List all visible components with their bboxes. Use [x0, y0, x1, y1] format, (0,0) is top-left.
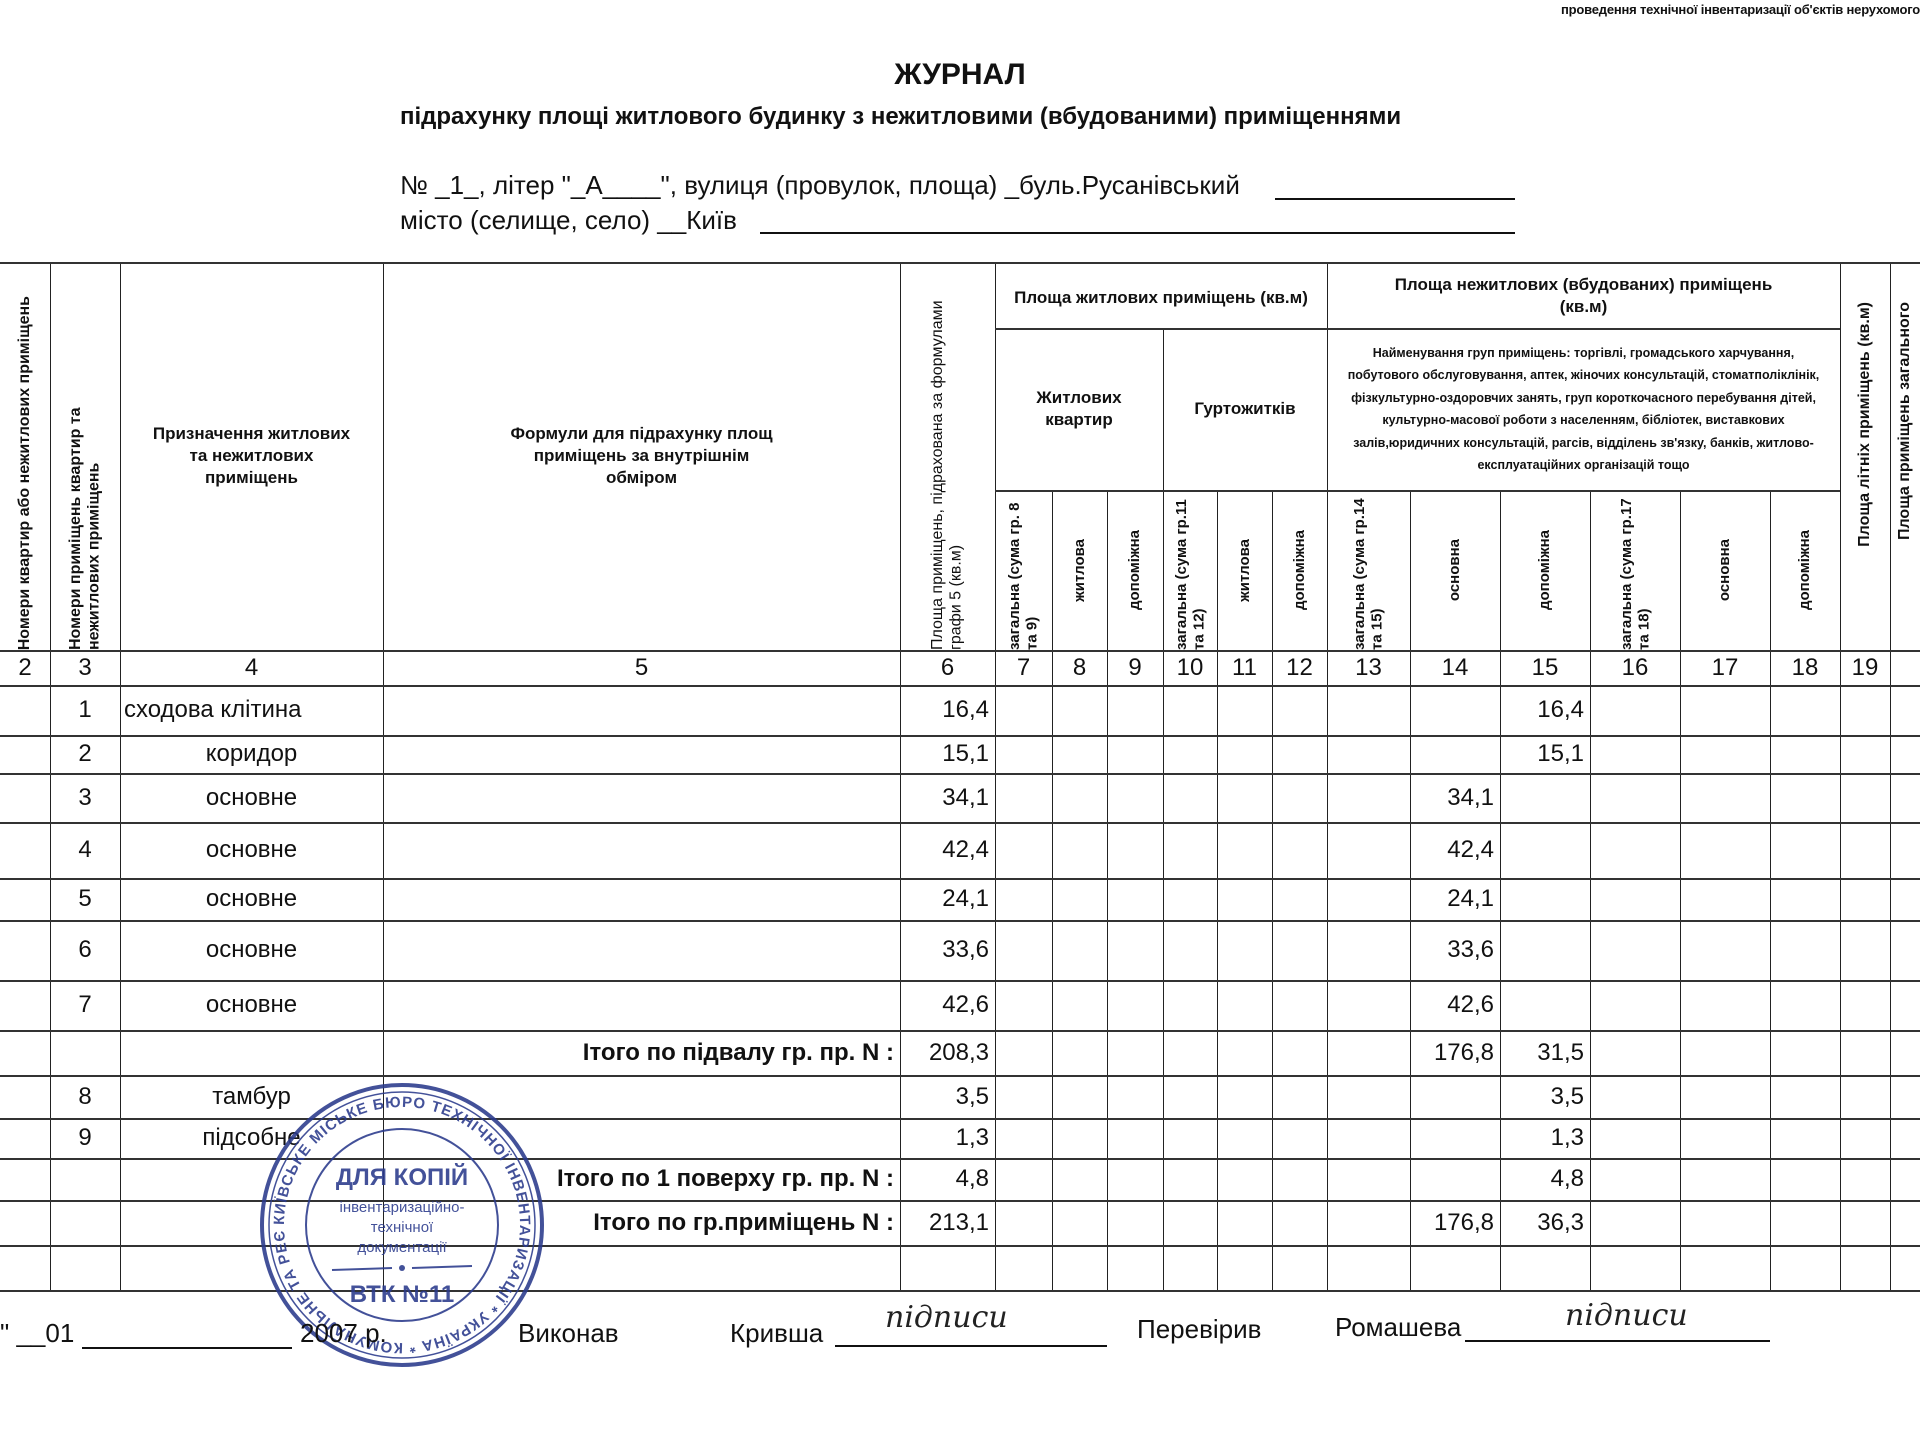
cell-c15 [1500, 773, 1590, 822]
cell-c15: 1,3 [1500, 1118, 1590, 1158]
cell-c6: 42,4 [900, 822, 995, 878]
cell-c14 [1410, 1075, 1500, 1118]
cell-c15 [1500, 980, 1590, 1030]
cell-c15: 31,5 [1500, 1030, 1590, 1075]
column-number: 19 [1840, 650, 1890, 685]
column-number: 12 [1272, 650, 1327, 685]
header-col-15: допоміжна [1500, 490, 1590, 650]
header-col-3: Номери приміщень квартир та нежитлових п… [50, 262, 120, 650]
performer-signature-line [835, 1345, 1107, 1347]
cell-c3: 3 [50, 773, 120, 822]
cell-c3: 4 [50, 822, 120, 878]
header-col-9: допоміжна [1107, 490, 1163, 650]
header-col-19: Площа літніх приміщень (кв.м) [1840, 262, 1890, 650]
cell-c3: 1 [50, 685, 120, 735]
performed-label: Виконав [518, 1318, 619, 1349]
header-col-13-label: загальна (сума гр.14 та 15) [1351, 490, 1386, 650]
cell-c3: 6 [50, 920, 120, 980]
header-col-18: допоміжна [1770, 490, 1840, 650]
column-number: 5 [383, 650, 900, 685]
cell-c14: 176,8 [1410, 1200, 1500, 1245]
checker-signature: підписи [1565, 1298, 1688, 1333]
performer-signature: підписи [885, 1300, 1008, 1335]
date-underline [82, 1347, 292, 1349]
cell-c3: 9 [50, 1118, 120, 1158]
header-col-12-label: допоміжна [1291, 530, 1308, 610]
header-residential-group: Площа житлових приміщень (кв.м) [995, 268, 1327, 328]
stamp-line-4: документації [357, 1239, 447, 1256]
cell-c15: 4,8 [1500, 1158, 1590, 1200]
cell-c15: 3,5 [1500, 1075, 1590, 1118]
cell-c14 [1410, 1158, 1500, 1200]
cell-total-label: Ітого по підвалу гр. пр. N : [120, 1030, 900, 1075]
cell-c14: 42,6 [1410, 980, 1500, 1030]
header-col-17: основна [1680, 490, 1770, 650]
cell-c15 [1500, 822, 1590, 878]
column-number: 8 [1052, 650, 1107, 685]
header-col-16-label: загальна (сума гр.17 та 18) [1618, 490, 1653, 650]
header-col-16: загальна (сума гр.17 та 18) [1590, 490, 1680, 650]
header-nonresidential-group: Площа нежитлових (вбудованих) приміщень … [1327, 265, 1840, 327]
header-col-20: Площа приміщень загального [1890, 262, 1920, 650]
column-number: 11 [1217, 650, 1272, 685]
column-number: 18 [1770, 650, 1840, 685]
header-col-19-label: Площа літніх приміщень (кв.м) [1856, 302, 1874, 547]
checked-label: Перевірив [1137, 1314, 1261, 1345]
checker-name: Ромашева [1335, 1312, 1461, 1343]
cell-c15: 36,3 [1500, 1200, 1590, 1245]
header-col-2: Номери квартир або нежитлових приміщень [0, 262, 50, 650]
cell-c4: основне [120, 773, 383, 822]
cell-c6: 1,3 [900, 1118, 995, 1158]
cell-c15 [1500, 878, 1590, 920]
cell-c14: 33,6 [1410, 920, 1500, 980]
date-year: 2007 р. [300, 1318, 387, 1349]
cell-c3: 8 [50, 1075, 120, 1118]
header-col-20-label: Площа приміщень загального [1896, 302, 1914, 540]
header-dormitories: Гуртожитків [1163, 328, 1327, 490]
cell-c14: 42,4 [1410, 822, 1500, 878]
cell-c15: 16,4 [1500, 685, 1590, 735]
cell-c4: основне [120, 920, 383, 980]
column-number: 16 [1590, 650, 1680, 685]
cell-c6: 16,4 [900, 685, 995, 735]
header-col-18-label: допоміжна [1796, 530, 1813, 610]
header-col-4: Призначення житлових та нежитлових примі… [120, 262, 383, 650]
header-col-11-label: житлова [1236, 539, 1253, 602]
date-field: " __01 [0, 1318, 74, 1349]
cell-c6: 33,6 [900, 920, 995, 980]
column-number: 10 [1163, 650, 1217, 685]
cell-c3: 7 [50, 980, 120, 1030]
column-number: 3 [50, 650, 120, 685]
cell-c6: 3,5 [900, 1075, 995, 1118]
performer-name: Кривша [730, 1318, 823, 1349]
header-col-12: допоміжна [1272, 490, 1327, 650]
header-col-6: Площа приміщень, підрахована за формулам… [900, 262, 995, 650]
cell-c6: 42,6 [900, 980, 995, 1030]
header-col-3-label: Номери приміщень квартир та нежитлових п… [67, 310, 104, 650]
column-number: 13 [1327, 650, 1410, 685]
header-col-9-label: допоміжна [1126, 530, 1143, 610]
cell-c14: 34,1 [1410, 773, 1500, 822]
column-number: 7 [995, 650, 1052, 685]
header-col-8: житлова [1052, 490, 1107, 650]
checker-signature-line [1465, 1340, 1770, 1342]
header-col-7: загальна (сума гр. 8 та 9) [995, 490, 1052, 650]
cell-c6: 34,1 [900, 773, 995, 822]
cell-c14 [1410, 685, 1500, 735]
header-col-5: Формули для підрахунку площ приміщень за… [383, 262, 900, 650]
header-col-11: житлова [1217, 490, 1272, 650]
cell-c6: 4,8 [900, 1158, 995, 1200]
column-number: 2 [0, 650, 50, 685]
header-col-15-label: допоміжна [1536, 530, 1553, 610]
cell-c4: основне [120, 878, 383, 920]
header-col-14-label: основна [1446, 539, 1463, 601]
column-number: 4 [120, 650, 383, 685]
stamp-line-5: ВТК №11 [350, 1281, 455, 1308]
cell-c6: 15,1 [900, 735, 995, 773]
stamp-line-2: інвентаризаційно- [340, 1199, 465, 1216]
header-col-7-label: загальна (сума гр. 8 та 9) [1006, 490, 1041, 650]
cell-c4: коридор [120, 735, 383, 773]
cell-c4: основне [120, 980, 383, 1030]
column-number: 9 [1107, 650, 1163, 685]
cell-c14 [1410, 735, 1500, 773]
header-col-14: основна [1410, 490, 1500, 650]
cell-c6: 208,3 [900, 1030, 995, 1075]
header-col-8-label: житлова [1071, 539, 1088, 602]
column-number: 15 [1500, 650, 1590, 685]
header-col-10: загальна (сума гр.11 та 12) [1163, 490, 1217, 650]
cell-c15 [1500, 920, 1590, 980]
cell-c3: 5 [50, 878, 120, 920]
cell-c14: 176,8 [1410, 1030, 1500, 1075]
cell-c15: 15,1 [1500, 735, 1590, 773]
header-col-2-label: Номери квартир або нежитлових приміщень [16, 296, 34, 650]
column-number: 17 [1680, 650, 1770, 685]
cell-c6: 213,1 [900, 1200, 995, 1245]
column-number: 14 [1410, 650, 1500, 685]
cell-c4: основне [120, 822, 383, 878]
column-number: 6 [900, 650, 995, 685]
cell-c14: 24,1 [1410, 878, 1500, 920]
cell-c3: 2 [50, 735, 120, 773]
cell-c4: сходова клітина [120, 685, 383, 735]
stamp-line-1: ДЛЯ КОПІЙ [336, 1163, 468, 1191]
cell-c6: 24,1 [900, 878, 995, 920]
header-col-13: загальна (сума гр.14 та 15) [1327, 490, 1410, 650]
header-col-10-label: загальна (сума гр.11 та 12) [1173, 490, 1208, 650]
header-col-17-label: основна [1716, 539, 1733, 601]
cell-c14 [1410, 1118, 1500, 1158]
header-nonresidential-description: Найменування груп приміщень: торгівлі, г… [1327, 328, 1840, 490]
stamp-line-3: технічної [371, 1219, 434, 1236]
header-col-6-label: Площа приміщень, підрахована за формулам… [929, 280, 966, 650]
header-apartments: Житлових квартир [995, 328, 1163, 490]
